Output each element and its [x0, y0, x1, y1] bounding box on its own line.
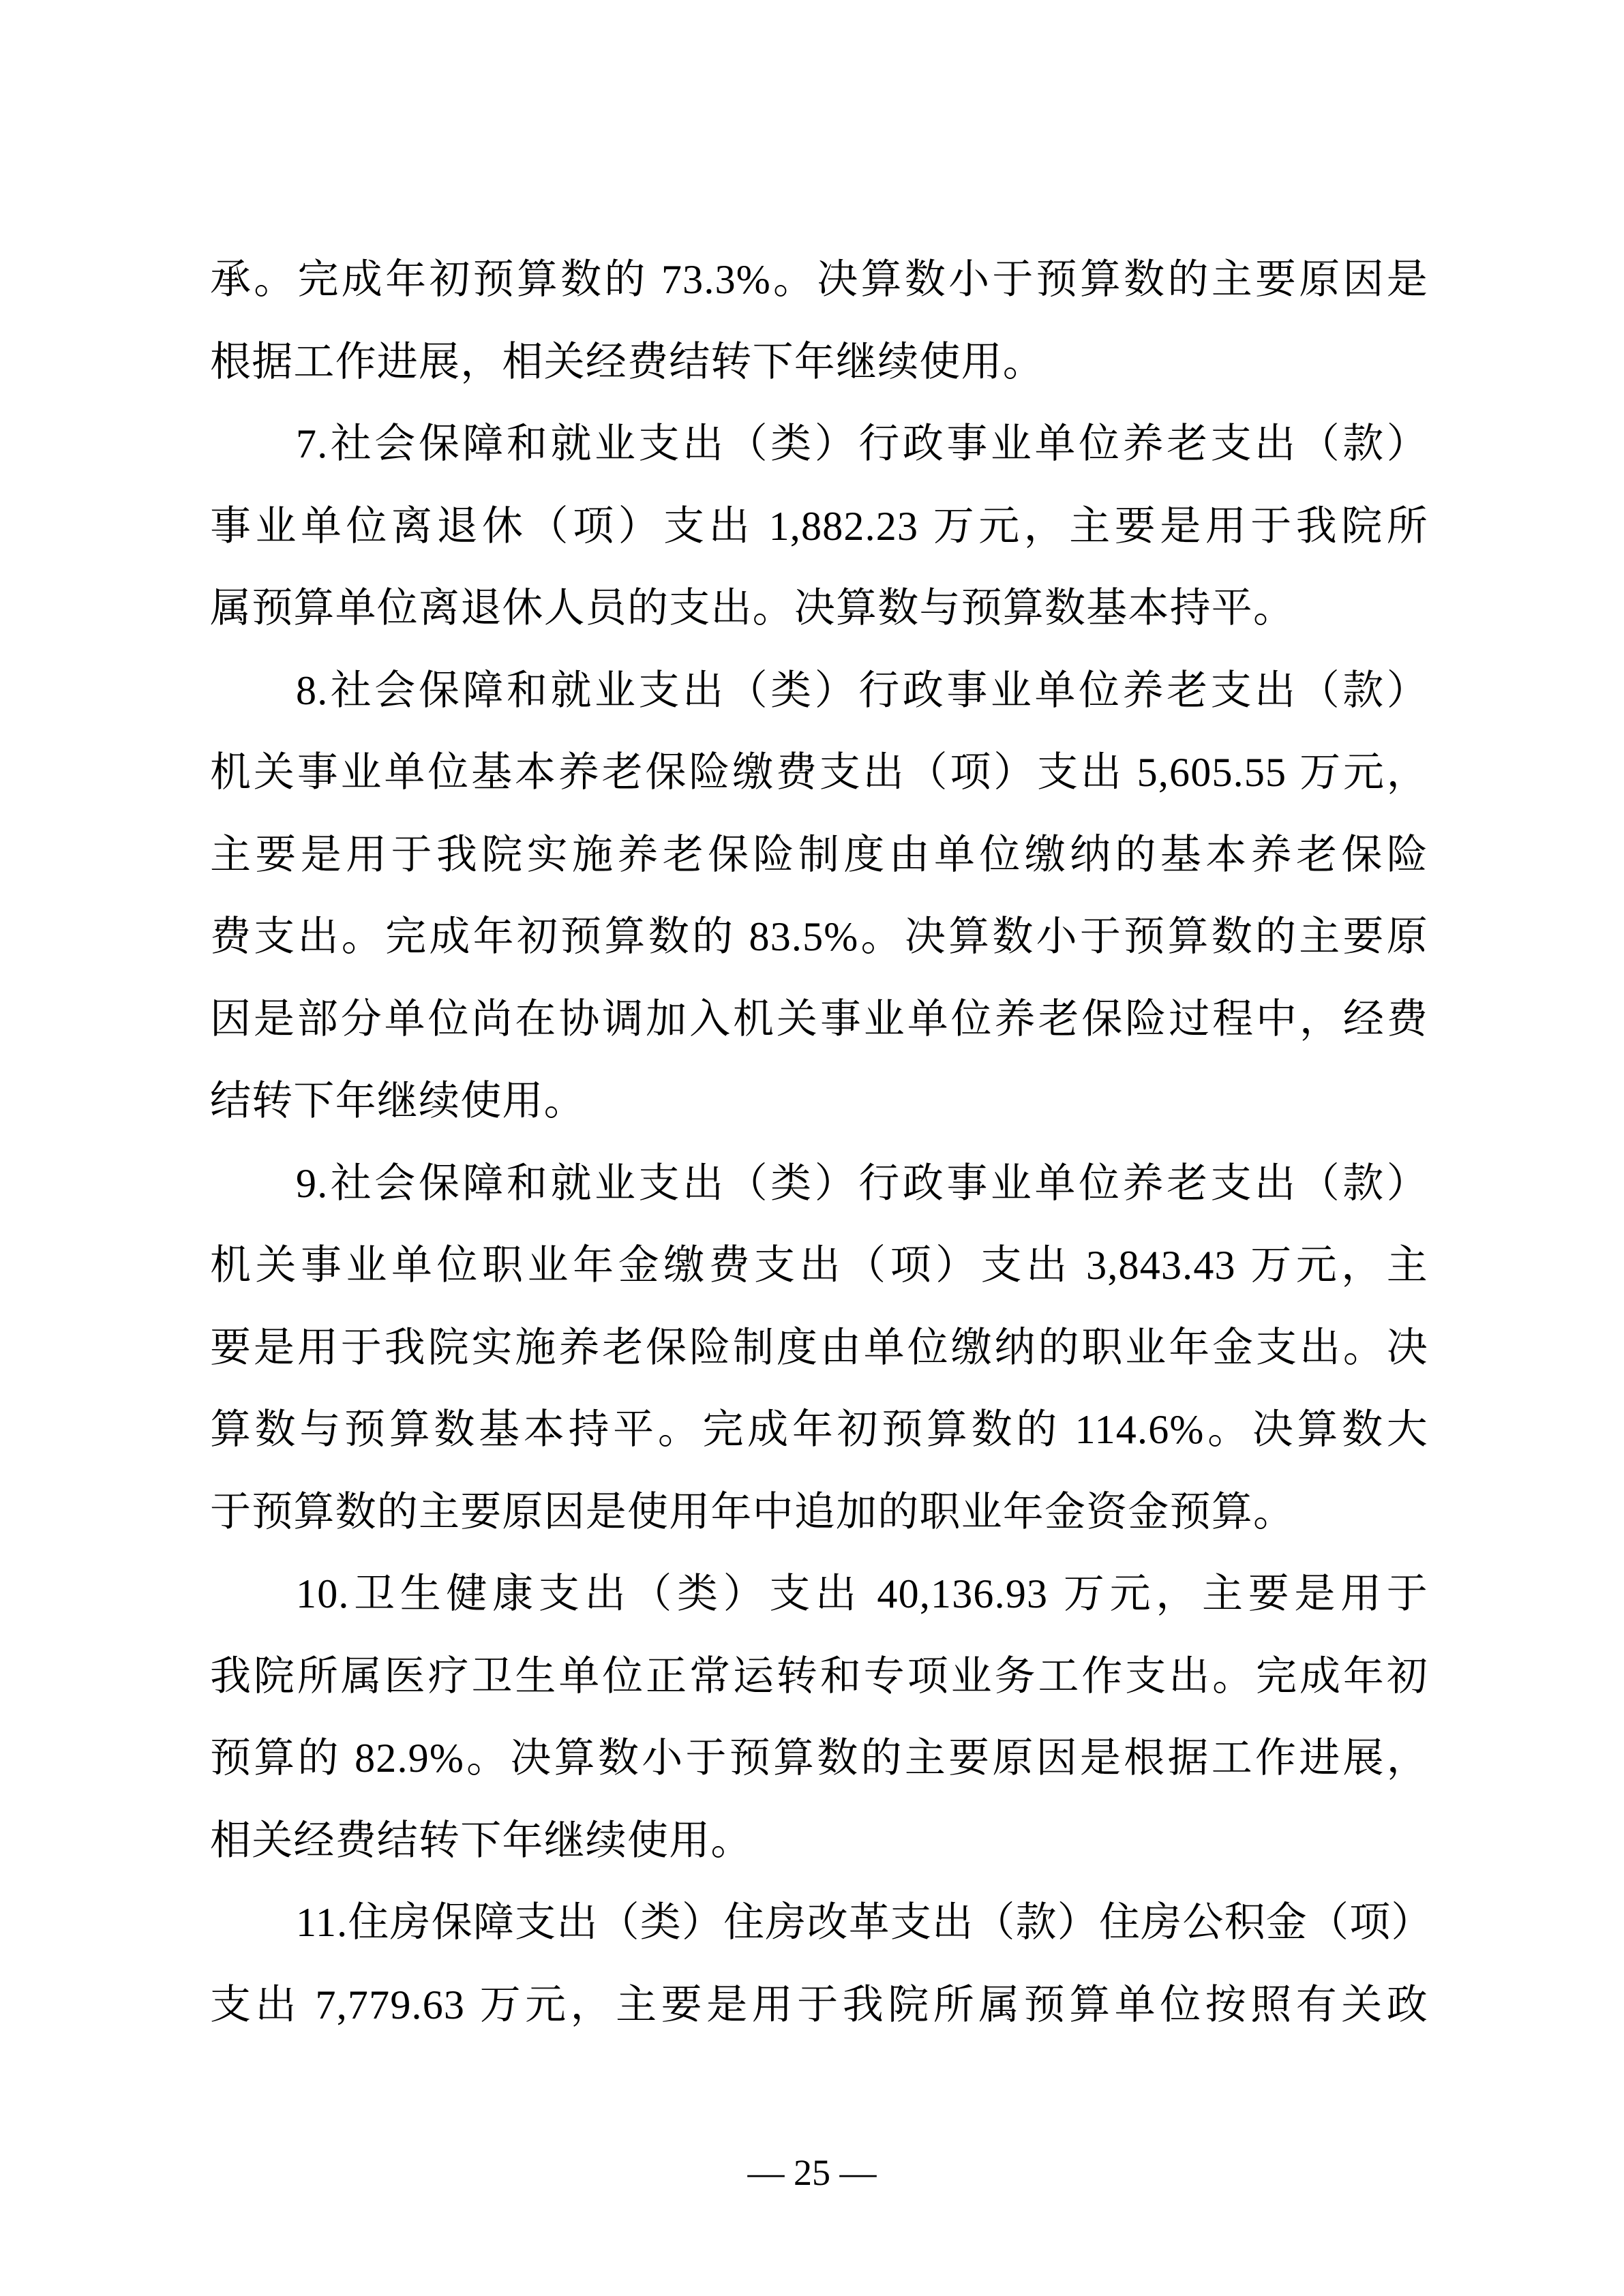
- text-line: 机关事业单位职业年金缴费支出（项）支出 3,843.43 万元，主: [210, 1224, 1428, 1307]
- text-line: 事业单位离退休（项）支出 1,882.23 万元，主要是用于我院所: [210, 485, 1428, 568]
- text-line: 于预算数的主要原因是使用年中追加的职业年金资金预算。: [210, 1471, 1428, 1554]
- page-number: — 25 —: [0, 2149, 1624, 2196]
- text-line: 费支出。完成年初预算数的 83.5%。决算数小于预算数的主要原: [210, 896, 1428, 978]
- text-line: 预算的 82.9%。决算数小于预算数的主要原因是根据工作进展，: [210, 1717, 1428, 1800]
- text-line: 机关事业单位基本养老保险缴费支出（项）支出 5,605.55 万元，: [210, 731, 1428, 814]
- text-line-item-7-start: 7.社会保障和就业支出（类）行政事业单位养老支出（款）: [210, 403, 1428, 485]
- text-line-item-8-start: 8.社会保障和就业支出（类）行政事业单位养老支出（款）: [210, 650, 1428, 732]
- text-line: 我院所属医疗卫生单位正常运转和专项业务工作支出。完成年初: [210, 1635, 1428, 1718]
- text-line-item-9-start: 9.社会保障和就业支出（类）行政事业单位养老支出（款）: [210, 1143, 1428, 1225]
- text-line: 因是部分单位尚在协调加入机关事业单位养老保险过程中，经费: [210, 978, 1428, 1061]
- text-line: 结转下年继续使用。: [210, 1060, 1428, 1143]
- text-line: 相关经费结转下年继续使用。: [210, 1800, 1428, 1882]
- text-line-item-10-start: 10.卫生健康支出（类）支出 40,136.93 万元，主要是用于: [210, 1553, 1428, 1635]
- text-line-item-11-start: 11.住房保障支出（类）住房改革支出（款）住房公积金（项）: [210, 1882, 1428, 1964]
- text-line: 根据工作进展，相关经费结转下年继续使用。: [210, 321, 1428, 404]
- body-text: 承。完成年初预算数的 73.3%。决算数小于预算数的主要原因是 根据工作进展，相…: [210, 239, 1428, 2046]
- text-line: 主要是用于我院实施养老保险制度由单位缴纳的基本养老保险: [210, 814, 1428, 896]
- text-line: 要是用于我院实施养老保险制度由单位缴纳的职业年金支出。决: [210, 1307, 1428, 1389]
- text-line: 属预算单位离退休人员的支出。决算数与预算数基本持平。: [210, 567, 1428, 650]
- text-line: 承。完成年初预算数的 73.3%。决算数小于预算数的主要原因是: [210, 239, 1428, 321]
- document-page: 承。完成年初预算数的 73.3%。决算数小于预算数的主要原因是 根据工作进展，相…: [0, 0, 1624, 2296]
- text-line: 算数与预算数基本持平。完成年初预算数的 114.6%。决算数大: [210, 1389, 1428, 1471]
- text-line: 支出 7,779.63 万元，主要是用于我院所属预算单位按照有关政: [210, 1964, 1428, 2046]
